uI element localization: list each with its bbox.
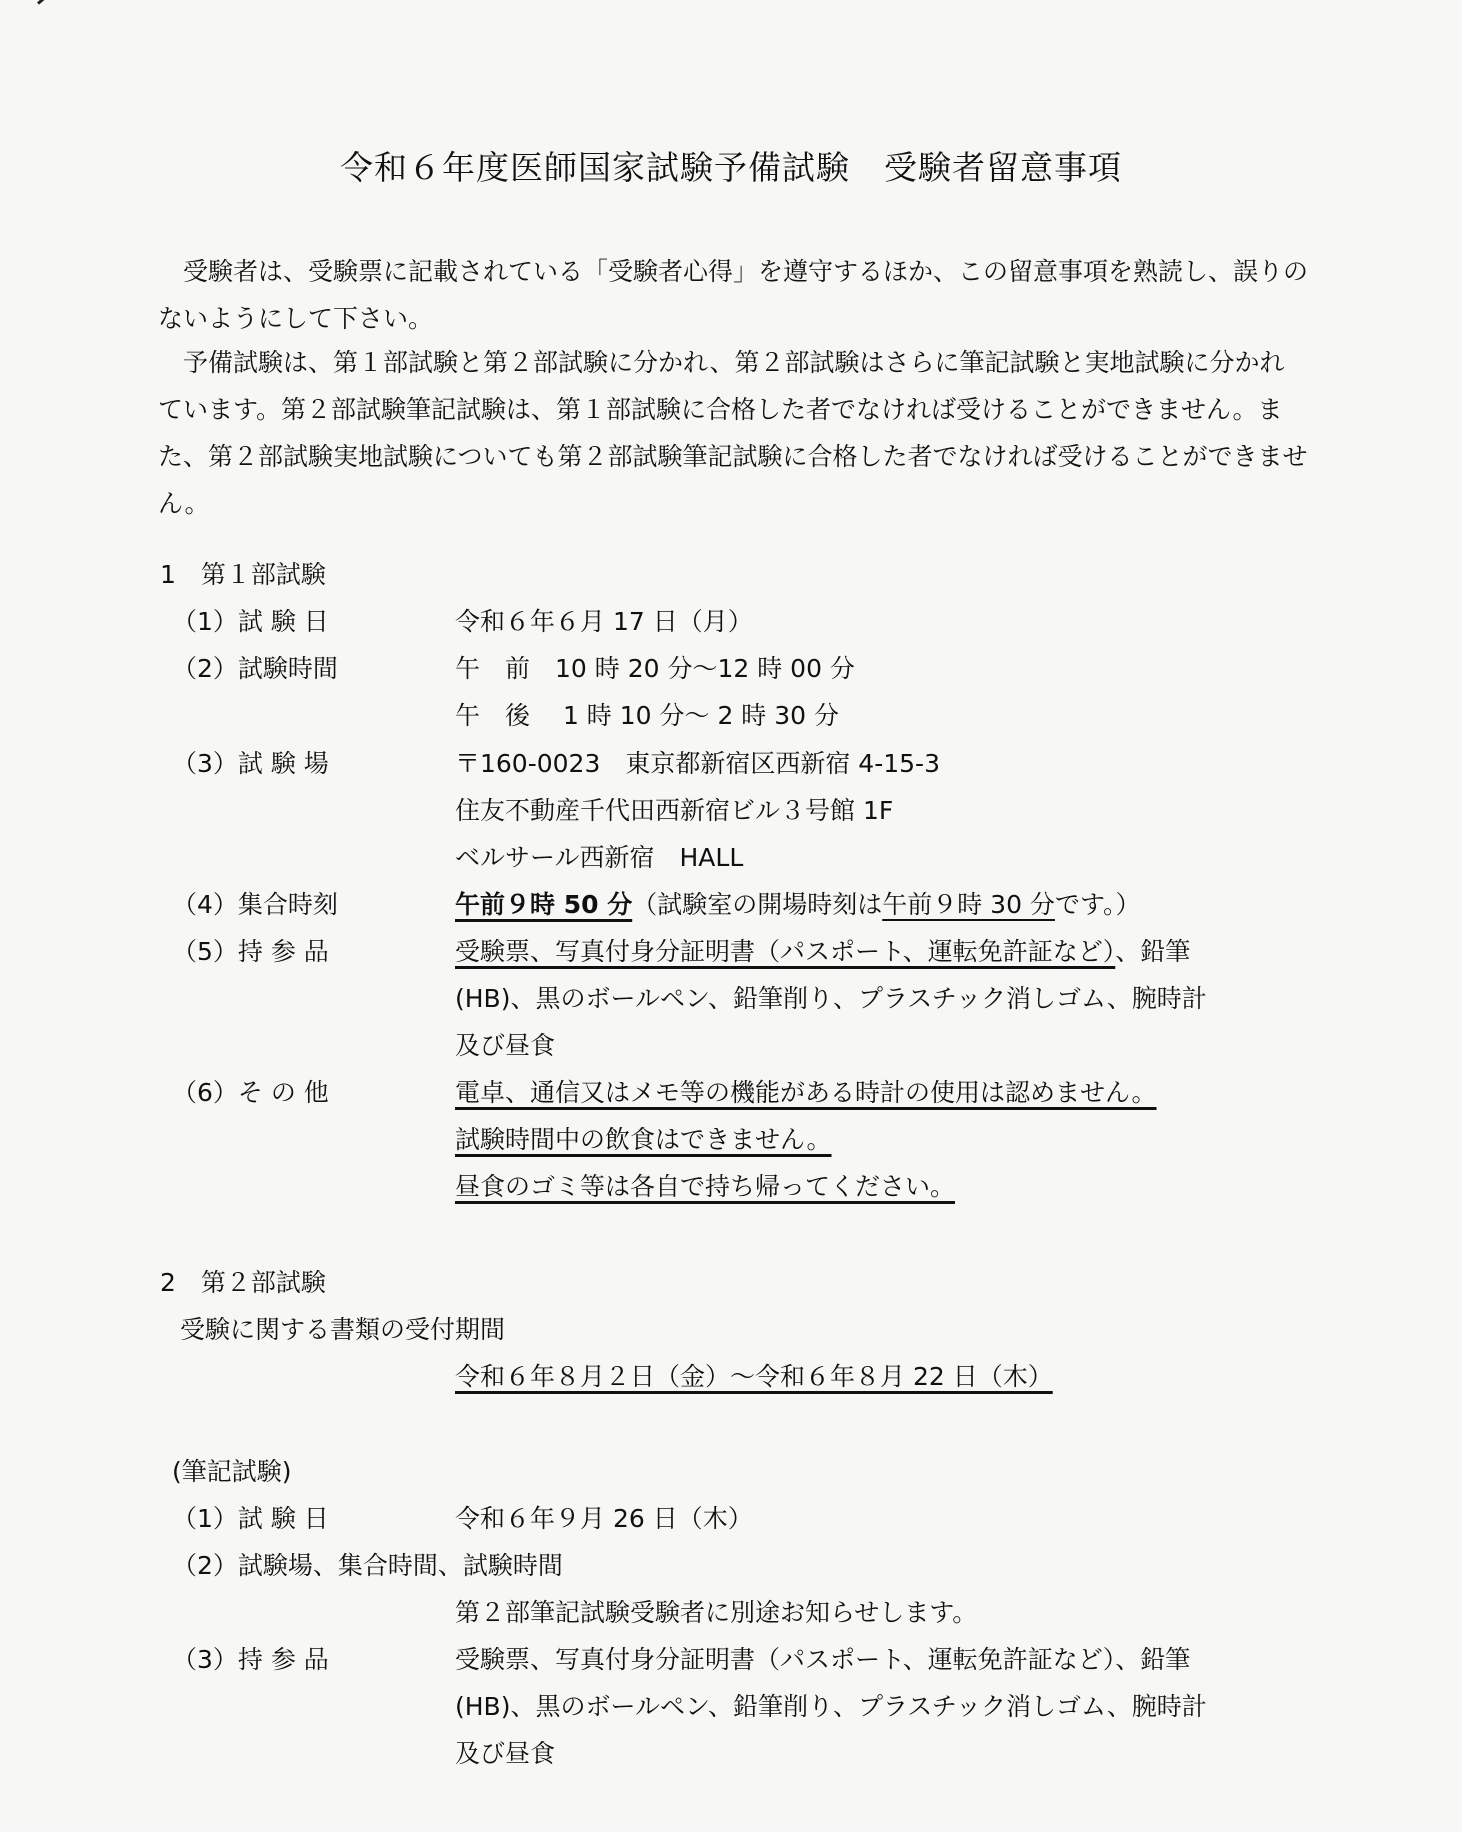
s1-item-2-label: （2）試験時間	[172, 654, 338, 684]
items-underlined: 受験票、写真付身分証明書（パスポート、運転免許証など）	[455, 937, 1115, 966]
assembly-note-time: 午前９時 30 分	[882, 890, 1055, 919]
s1-item-1-label: （1）試 験 日	[172, 607, 329, 637]
s1-time-pm: 午 後 1 時 10 分～ 2 時 30 分	[455, 701, 839, 731]
s1-item-4-label: （4）集合時刻	[172, 890, 338, 920]
s1-venue-address: 〒160-0023 東京都新宿区西新宿 4-15-3	[455, 749, 940, 779]
s2-items-line-1: 受験票、写真付身分証明書（パスポート、運転免許証など）、鉛筆	[455, 1645, 1190, 1675]
s1-item-3-label: （3）試 験 場	[172, 749, 329, 779]
s1-items-line-1: 受験票、写真付身分証明書（パスポート、運転免許証など）、鉛筆	[455, 937, 1190, 967]
s1-other-3: 昼食のゴミ等は各自で持ち帰ってください。	[455, 1172, 955, 1202]
s2-items-line-3: 及び昼食	[455, 1739, 555, 1769]
other-note-1: 電卓、通信又はメモ等の機能がある時計の使用は認めません。	[455, 1078, 1157, 1107]
s1-items-line-3: 及び昼食	[455, 1031, 555, 1061]
reception-label: 受験に関する書類の受付期間	[180, 1315, 505, 1345]
document-page: 令和６年度医師国家試験予備試験 受験者留意事項 受験者は、受験票に記載されている…	[0, 0, 1462, 1832]
s2-items-line-2: (HB)、黒のボールペン、鉛筆削り、プラスチック消しゴム、腕時計	[455, 1692, 1207, 1722]
other-note-2: 試験時間中の飲食はできません。	[455, 1125, 832, 1154]
s2-item-2-label: （2）試験場、集合時間、試験時間	[172, 1551, 563, 1581]
s1-time-am: 午 前 10 時 20 分～12 時 00 分	[455, 654, 855, 684]
written-exam-heading: (筆記試験)	[172, 1457, 292, 1487]
s1-venue-hall: ベルサール西新宿 HALL	[455, 843, 743, 873]
reception-period-text: 令和６年８月２日（金）～令和６年８月 22 日（木）	[455, 1362, 1053, 1391]
assembly-time-main: 午前９時 50 分	[455, 890, 632, 919]
s1-assembly-time: 午前９時 50 分（試験室の開場時刻は午前９時 30 分です。）	[455, 890, 1140, 920]
section-1-heading: 1 第１部試験	[160, 560, 326, 590]
s1-items-line-2: (HB)、黒のボールペン、鉛筆削り、プラスチック消しゴム、腕時計	[455, 984, 1207, 1014]
intro-paragraph-1: 受験者は、受験票に記載されている「受験者心得」を遵守するほか、この留意事項を熟読…	[158, 248, 1308, 342]
assembly-note-pre: （試験室の開場時刻は	[632, 890, 882, 919]
s1-other-1: 電卓、通信又はメモ等の機能がある時計の使用は認めません。	[455, 1078, 1157, 1108]
pen-mark	[37, 0, 54, 5]
s2-item-1-label: （1）試 験 日	[172, 1504, 329, 1534]
s2-exam-date: 令和６年９月 26 日（木）	[455, 1504, 753, 1534]
intro-paragraph-2: 予備試験は、第１部試験と第２部試験に分かれ、第２部試験はさらに筆記試験と実地試験…	[158, 339, 1308, 527]
s2-separate-notice: 第２部筆記試験受験者に別途お知らせします。	[455, 1598, 977, 1628]
s1-venue-building: 住友不動産千代田西新宿ビル３号館 1F	[455, 796, 893, 826]
assembly-note-post: です。）	[1055, 890, 1141, 919]
s2-item-3-label: （3）持 参 品	[172, 1645, 329, 1675]
s1-other-2: 試験時間中の飲食はできません。	[455, 1125, 832, 1155]
s1-item-6-label: （6）そ の 他	[172, 1078, 329, 1108]
section-2-heading: 2 第２部試験	[160, 1268, 326, 1298]
s1-exam-date: 令和６年６月 17 日（月）	[455, 607, 753, 637]
page-title: 令和６年度医師国家試験予備試験 受験者留意事項	[0, 142, 1462, 189]
other-note-3: 昼食のゴミ等は各自で持ち帰ってください。	[455, 1172, 955, 1201]
s1-item-5-label: （5）持 参 品	[172, 937, 329, 967]
reception-period: 令和６年８月２日（金）～令和６年８月 22 日（木）	[455, 1362, 1053, 1392]
items-rest: 、鉛筆	[1115, 937, 1190, 966]
